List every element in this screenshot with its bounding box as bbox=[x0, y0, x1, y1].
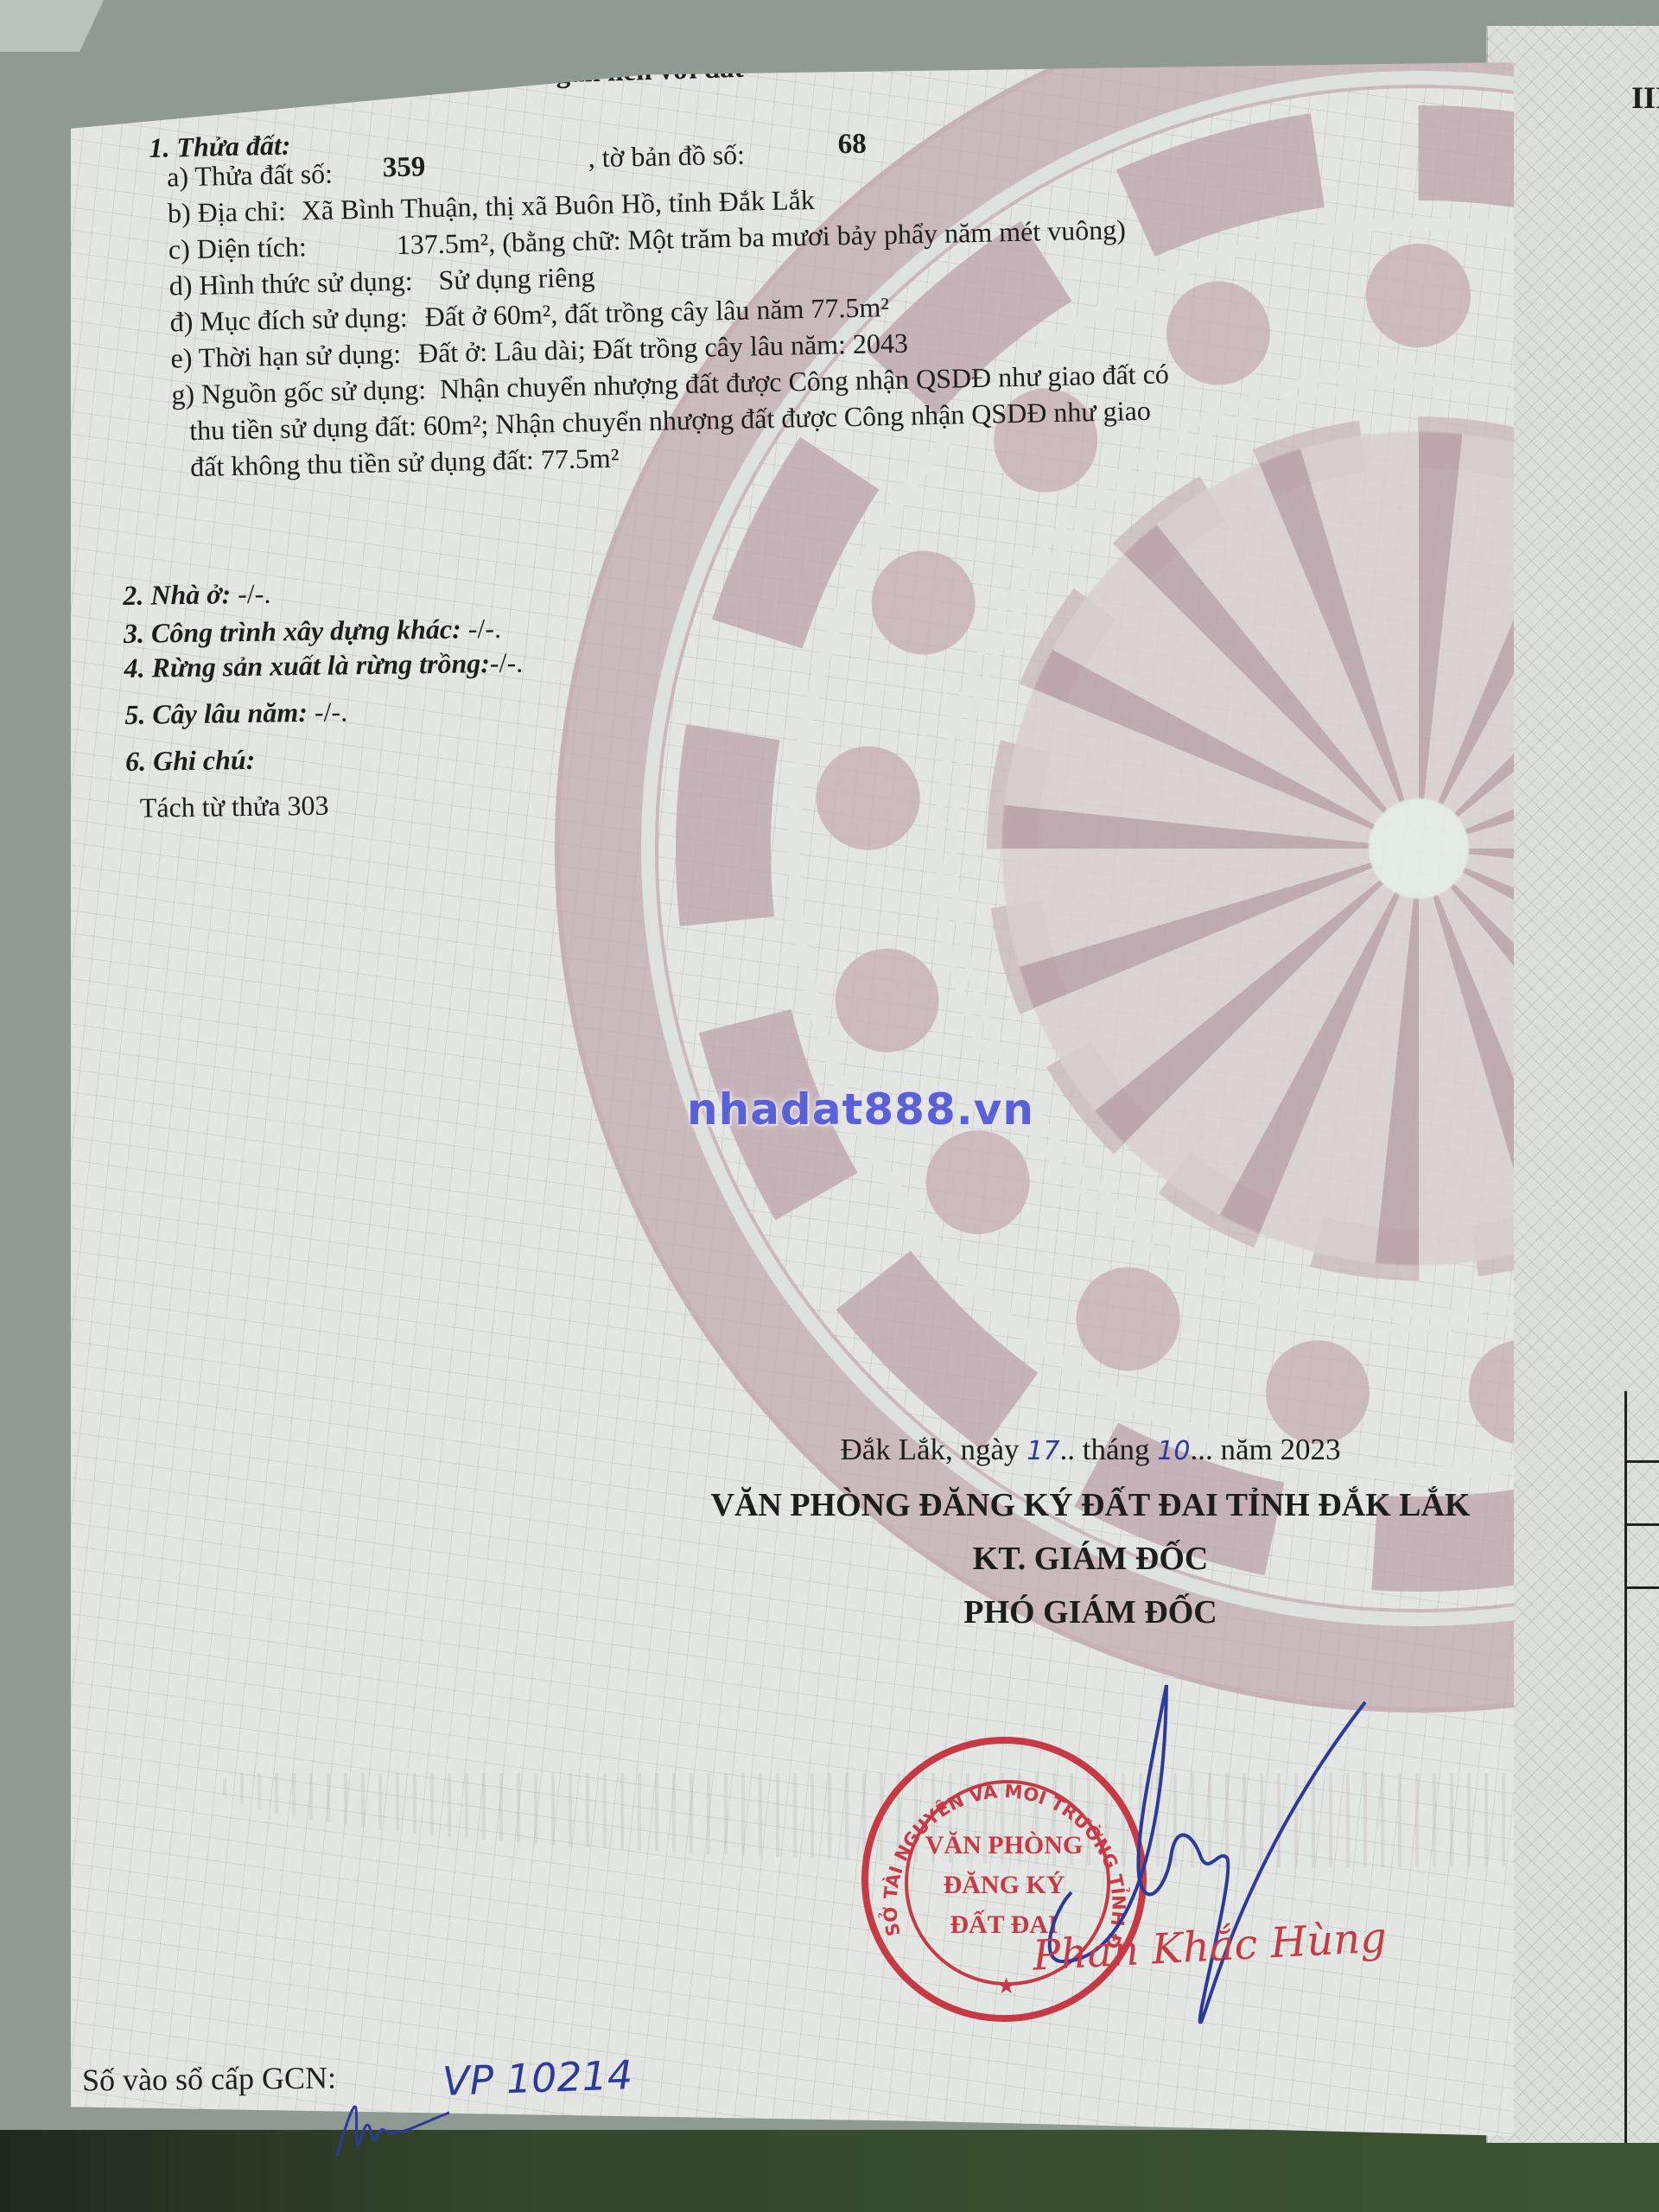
background-surface bbox=[0, 0, 104, 52]
on-behalf-title: KT. GIÁM ĐỐC bbox=[607, 1532, 1514, 1586]
land-parcel-details: 1. Thửa đất: a) Thửa đất số: 359 , tờ bả… bbox=[149, 108, 1171, 486]
usage-term-label: e) Thời hạn sử dụng: bbox=[170, 338, 401, 374]
map-sheet-number: 68 bbox=[751, 129, 867, 162]
note-value: Tách từ thửa 303 bbox=[125, 779, 524, 831]
background-table-edge bbox=[0, 2130, 1659, 2212]
initials-signature-icon bbox=[328, 2091, 449, 2160]
registration-label: Số vào sổ cấp GCN: bbox=[82, 2059, 336, 2098]
usage-form-value: Sử dụng riêng bbox=[419, 261, 595, 296]
usage-purpose-label: đ) Mục đích sử dụng: bbox=[169, 302, 408, 338]
usage-form-label: d) Hình thức sử dụng: bbox=[168, 265, 412, 302]
place-date: Đắk Lắk, ngày 17.. tháng 10... năm 2023 bbox=[607, 1423, 1514, 1478]
handwritten-day: 17 bbox=[1027, 1436, 1059, 1466]
signature-icon bbox=[1020, 1599, 1382, 2048]
issuing-organization: VĂN PHÒNG ĐĂNG KÝ ĐẤT ĐAI TỈNH ĐẮK LẮK bbox=[607, 1478, 1514, 1532]
item-perennial-trees: 5. Cây lâu năm: -/-. bbox=[124, 686, 524, 738]
other-assets-list: 2. Nhà ở: -/-. 3. Công trình xây dựng kh… bbox=[123, 567, 525, 831]
item-notes: 6. Ghi chú: bbox=[125, 733, 524, 785]
registration-number: VP 10214 bbox=[442, 2051, 633, 2105]
star-icon: ★ bbox=[996, 1974, 1016, 1999]
parcel-number: 359 bbox=[339, 146, 582, 188]
facing-page-heading: III bbox=[1631, 79, 1659, 116]
area-label: c) Diện tích: bbox=[168, 231, 308, 264]
map-sheet-label: , tờ bản đồ số: bbox=[588, 139, 745, 174]
parcel-number-label: a) Thửa đất số: bbox=[167, 158, 334, 193]
handwritten-month: 10 bbox=[1157, 1436, 1190, 1466]
item-planted-forest: 4. Rừng sản xuất là rừng trồng:-/-. bbox=[124, 639, 523, 691]
origin-label: g) Nguồn gốc sử dụng: bbox=[171, 373, 426, 410]
address-label: b) Địa chỉ: bbox=[168, 195, 287, 229]
facing-page-table bbox=[1624, 1391, 1659, 2143]
watermark-logo: nhadat888.vn bbox=[687, 1084, 1034, 1135]
